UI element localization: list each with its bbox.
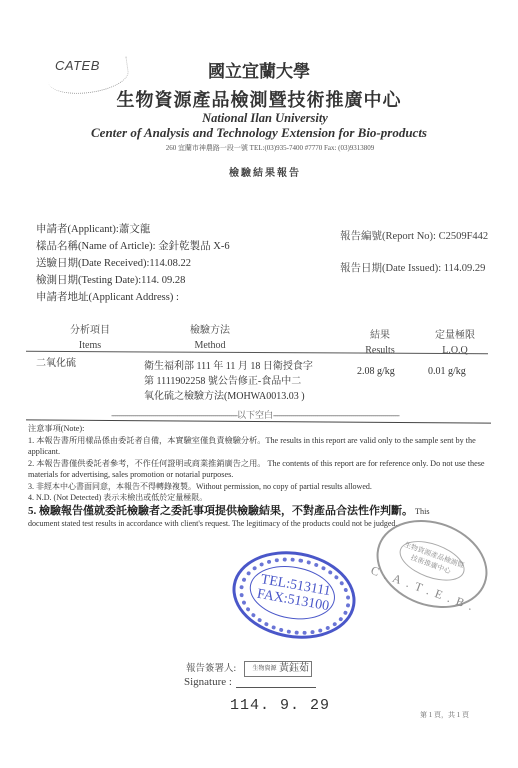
signature-line bbox=[236, 687, 316, 688]
method-line: 氧化硫之檢驗方法(MOHWA0013.03 ) bbox=[144, 389, 313, 404]
applicant-address: 申請者地址(Applicant Address) : bbox=[36, 289, 230, 306]
center-name-en: Center of Analysis and Technology Extens… bbox=[0, 125, 518, 141]
note-item-5: 5. 檢驗報告僅就委託檢驗者之委託事項提供檢驗結果，不對產品合法性作判斷。 Th… bbox=[28, 504, 506, 518]
header-items: 分析項目 Items bbox=[40, 323, 140, 353]
method-line: 衛生福利部 111 年 11 月 18 日衛授食字 bbox=[144, 359, 313, 374]
end-marker-text: 以下空白 bbox=[237, 410, 273, 420]
row-result: 2.08 g/kg bbox=[357, 364, 395, 379]
note-item: 4. N.D. (Not Detected) 表示未檢出或低於定量極限。 bbox=[28, 492, 506, 504]
header-results-zh: 結果 bbox=[350, 328, 410, 343]
row-method: 衛生福利部 111 年 11 月 18 日衛授食字 第 1111902258 號… bbox=[144, 359, 313, 404]
notes-section: 注意事項(Note): 1. 本報告書所用樣品係由委託者自備，本實驗室僅負責檢驗… bbox=[28, 421, 506, 529]
official-stamp: TEL:513111 FAX:513100 bbox=[225, 542, 362, 648]
header-loq-zh: 定量極限 bbox=[420, 328, 490, 343]
header-method-zh: 檢驗方法 bbox=[160, 323, 260, 338]
note-item: 3. 非經本中心書面同意，本報告不得轉錄複製。Without permissio… bbox=[28, 481, 506, 493]
page-number: 第 1 頁，共 1 頁 bbox=[420, 710, 469, 720]
notes-title: 注意事項(Note): bbox=[28, 423, 506, 435]
signature-label-zh: 報告簽署人: bbox=[186, 660, 236, 674]
header-method: 檢驗方法 Method bbox=[160, 323, 260, 353]
applicant: 申請者(Applicant):蕭文龍 bbox=[36, 221, 230, 238]
address-line: 260 宜蘭市神農路一段一號 TEL:(03)935-7400 #7770 Fa… bbox=[0, 143, 518, 153]
date-issued: 報告日期(Date Issued): 114.09.29 bbox=[340, 260, 485, 275]
report-title: 檢驗結果報告 bbox=[0, 164, 518, 179]
signature-label-en: Signature : bbox=[184, 676, 232, 688]
header-results-en: Results bbox=[350, 343, 410, 358]
header-items-zh: 分析項目 bbox=[40, 323, 140, 338]
note-5-zh: 5. 檢驗報告僅就委託檢驗者之委託事項提供檢驗結果，不對產品合法性作判斷。 bbox=[28, 505, 413, 517]
testing-date: 檢測日期(Testing Date):114. 09.28 bbox=[36, 272, 230, 289]
university-name-zh: 國立宜蘭大學 bbox=[0, 57, 518, 82]
header-loq-en: L.O.Q bbox=[420, 343, 490, 358]
university-name-en: National Ilan University bbox=[0, 111, 518, 126]
center-name-zh: 生物資源產品檢測暨技術推廣中心 bbox=[0, 86, 518, 112]
method-line: 第 1111902258 號公告修正-食品中二 bbox=[144, 374, 313, 389]
signature-prefix: 生物資源 bbox=[252, 666, 276, 672]
row-item: 二氧化硫 bbox=[36, 356, 76, 371]
signature-date: 114. 9. 29 bbox=[230, 697, 330, 714]
article-name: 樣品名稱(Name of Article): 金針乾製品 X-6 bbox=[36, 238, 230, 255]
applicant-info: 申請者(Applicant):蕭文龍 樣品名稱(Name of Article)… bbox=[36, 221, 230, 306]
signature-name: 黃鈺茹 bbox=[279, 663, 309, 674]
row-loq: 0.01 g/kg bbox=[428, 364, 466, 379]
note-item: 2. 本報告書僅供委託者參考，不作任何證明或商業推銷廣告之用。 The cont… bbox=[28, 458, 506, 481]
date-received: 送驗日期(Date Received):114.08.22 bbox=[36, 255, 230, 272]
note-item: 1. 本報告書所用樣品係由委託者自備，本實驗室僅負責檢驗分析。The resul… bbox=[28, 435, 506, 458]
report-number: 報告編號(Report No): C2509F442 bbox=[340, 228, 488, 243]
signature-stamp: 生物資源 黃鈺茹 bbox=[244, 661, 312, 677]
note-5-en-inline: This bbox=[415, 507, 430, 516]
